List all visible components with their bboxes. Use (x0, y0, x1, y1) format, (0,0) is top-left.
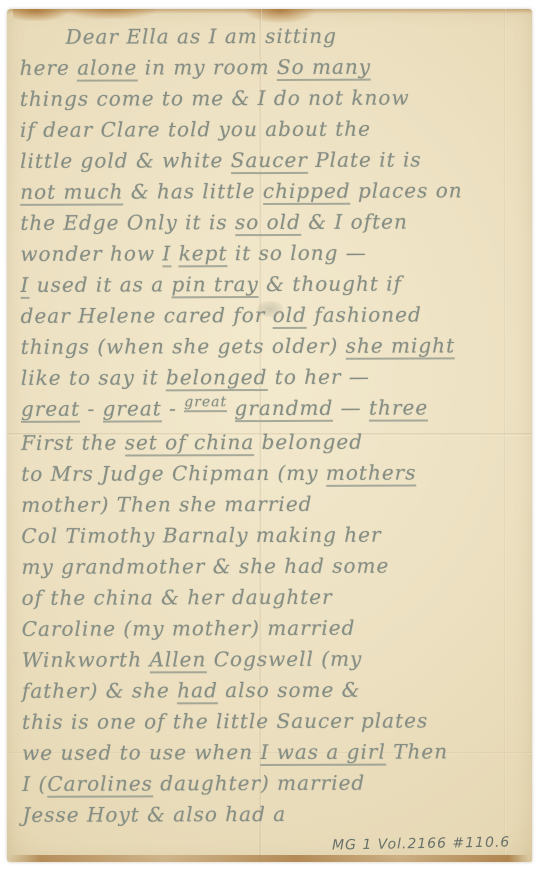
handwritten-text: & I often (301, 210, 408, 234)
underlined-handwritten-text: chipped (263, 179, 351, 205)
handwritten-text: we used to use when (22, 740, 260, 765)
handwritten-text: Then (386, 739, 448, 763)
letter-line: this is one of the little Saucer plates (22, 705, 525, 738)
underlined-handwritten-text: Carolines (47, 771, 153, 797)
handwritten-text: here (20, 56, 78, 80)
handwritten-text: Cogswell (my (206, 647, 362, 672)
handwritten-text: little gold & white (20, 148, 231, 173)
handwritten-text: the Edge Only it is (20, 210, 235, 235)
handwritten-text: mother) Then she married (21, 492, 312, 517)
underlined-handwritten-text: pin tray (171, 272, 258, 298)
torn-bottom-edge (9, 855, 529, 862)
underlined-handwritten-text: I was a girl (260, 740, 385, 766)
handwritten-text: used it as a (29, 272, 171, 296)
handwritten-text: of the china & her daughter (22, 585, 333, 610)
underlined-handwritten-text: old (273, 303, 307, 329)
handwritten-text: things come to me & I do not know (20, 86, 410, 111)
handwritten-text: Col Timothy Barnaly making her (21, 523, 381, 548)
handwritten-text: & thought if (259, 272, 402, 296)
underlined-handwritten-text: Allen (149, 647, 206, 673)
aged-top-edge (7, 9, 532, 14)
handwritten-text: - (80, 397, 103, 421)
underlined-handwritten-text: three (369, 395, 428, 421)
underlined-handwritten-text: kept (179, 241, 228, 267)
letter-line: I used it as a pin tray & thought if (20, 268, 523, 301)
handwritten-text: daughter) married (153, 771, 365, 796)
handwritten-text: to Mrs Judge Chipman (my (21, 461, 326, 486)
stain-top-left (13, 9, 69, 21)
letter-line: dear Helene cared for old fashioned (21, 299, 524, 332)
letter-line: things come to me & I do not know (20, 82, 523, 115)
underlined-handwritten-text: belonged (166, 365, 267, 391)
handwritten-text: also some & (218, 678, 361, 702)
letter-line: Dear Ella as I am sitting (20, 20, 523, 53)
letter-line: First the set of china belonged (21, 426, 524, 459)
stain-top-mid (65, 9, 155, 19)
letter-line: Col Timothy Barnaly making her (21, 519, 524, 552)
underlined-handwritten-text: I (20, 273, 29, 299)
handwritten-text: First the (21, 431, 125, 455)
underlined-handwritten-text: I (162, 241, 171, 267)
letter-line: to Mrs Judge Chipman (my mothers (21, 457, 524, 490)
handwritten-text (227, 396, 234, 420)
handwritten-text: — (333, 396, 369, 420)
letter-line: Jesse Hoyt & also had a (22, 798, 525, 831)
handwritten-text: if dear Clare told you about the (20, 117, 371, 142)
handwritten-text: places on (351, 178, 463, 202)
letter-line: we used to use when I was a girl Then (22, 736, 525, 769)
handwritten-text: to her — (267, 365, 370, 389)
letter-line: Winkworth Allen Cogswell (my (22, 643, 525, 676)
handwritten-text: like to say it (21, 365, 166, 390)
letter-line: things (when she gets older) she might (21, 330, 524, 363)
handwritten-text: - (162, 396, 185, 420)
handwritten-text: dear Helene cared for (21, 303, 273, 328)
letter-line: not much & has little chipped places on (20, 175, 523, 208)
letter-line: mother) Then she married (21, 488, 524, 521)
underlined-handwritten-text: so old (235, 210, 301, 236)
handwritten-text: Jesse Hoyt & also had a (22, 802, 286, 827)
handwritten-text: Winkworth (22, 647, 150, 671)
underlined-handwritten-text: mothers (326, 460, 417, 486)
letter-line: here alone in my room So many (20, 51, 523, 84)
letter-line: father) & she had also some & (22, 674, 525, 707)
letter-line: great - great - great grandmd — three (21, 392, 524, 428)
handwritten-text: Dear Ella as I am sitting (66, 24, 337, 49)
letter-line: like to say it belonged to her — (21, 361, 524, 394)
handwritten-text: fashioned (307, 302, 422, 326)
handwritten-text: things (when she gets older) (21, 334, 346, 359)
handwritten-text: Plate it is (308, 147, 422, 171)
letter-line: my grandmother & she had some (21, 550, 524, 583)
underlined-handwritten-text: alone (77, 55, 137, 81)
handwritten-text: it so long — (227, 241, 366, 265)
letter-line: wonder how I kept it so long — (20, 237, 523, 270)
handwritten-text: my grandmother & she had some (21, 554, 389, 579)
underlined-handwritten-text: set of china (125, 430, 255, 456)
letter-body: Dear Ella as I am sittinghere alone in m… (20, 20, 526, 831)
letter-page: Dear Ella as I am sittinghere alone in m… (7, 9, 532, 862)
handwritten-text: this is one of the little Saucer plates (22, 708, 428, 733)
underlined-handwritten-text: Saucer (231, 148, 308, 174)
letter-line: little gold & white Saucer Plate it is (20, 144, 523, 177)
underlined-handwritten-text: she might (346, 333, 456, 359)
archive-reference: MG 1 Vol.2166 #110.6 (332, 834, 511, 853)
letter-line: the Edge Only it is so old & I often (20, 206, 523, 239)
handwritten-text: Caroline (my mother) married (22, 616, 356, 641)
underlined-handwritten-text: not much (20, 180, 123, 206)
handwritten-text: wonder how (20, 241, 162, 265)
letter-line: if dear Clare told you about the (20, 113, 523, 146)
handwritten-text: belonged (254, 430, 363, 454)
letter-line: Caroline (my mother) married (22, 612, 525, 645)
underlined-handwritten-text: great (184, 394, 227, 412)
letter-line: I (Carolines daughter) married (22, 767, 525, 800)
underlined-handwritten-text: grandmd (234, 396, 333, 422)
handwritten-text: I ( (22, 772, 47, 796)
underlined-handwritten-text: So many (277, 55, 371, 81)
handwritten-text: in my room (137, 55, 277, 79)
underlined-handwritten-text: great (21, 397, 80, 423)
underlined-handwritten-text: great (103, 396, 162, 422)
letter-line: of the china & her daughter (22, 581, 525, 614)
handwritten-text: & has little (123, 179, 262, 203)
underlined-handwritten-text: had (177, 678, 218, 704)
handwritten-text: father) & she (22, 678, 177, 703)
